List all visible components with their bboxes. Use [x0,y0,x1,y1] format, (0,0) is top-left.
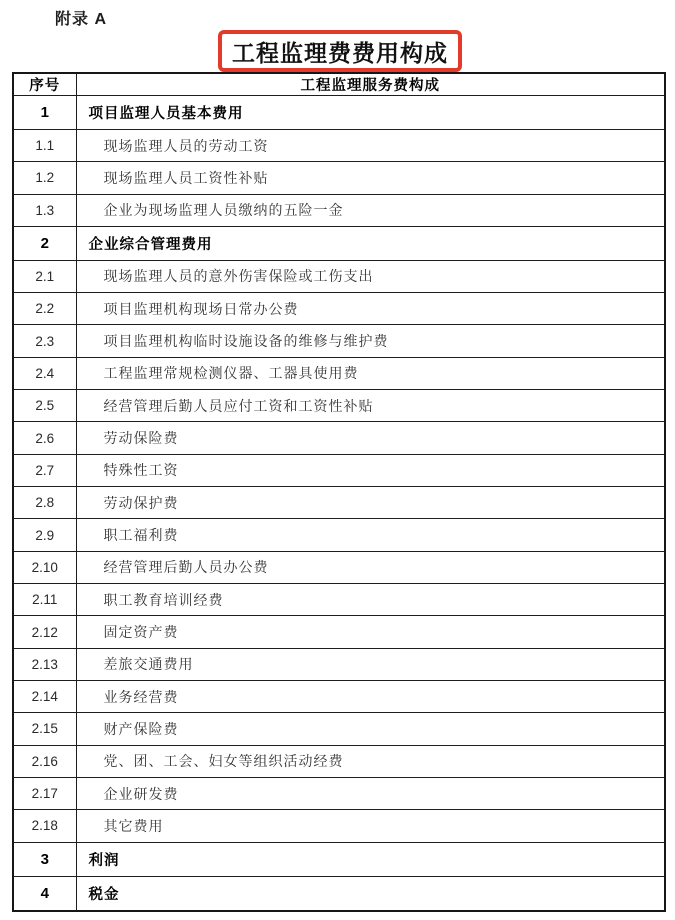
row-label-cell: 党、团、工会、妇女等组织活动经费 [76,745,665,777]
row-label-cell: 企业为现场监理人员缴纳的五险一金 [76,194,665,226]
table-row: 2.18 其它费用 [13,810,665,842]
row-label-cell: 利润 [76,842,665,876]
row-label-cell: 职工教育培训经费 [76,584,665,616]
row-label-cell: 经营管理后勤人员办公费 [76,551,665,583]
row-number-cell: 2.15 [13,713,76,745]
appendix-label: 附录 A [55,6,107,29]
fee-composition-table: 序号 工程监理服务费构成 1 项目监理人员基本费用 1.1 现场监理人员的劳动工… [12,72,666,912]
title-highlight-box: 工程监理费费用构成 [218,30,462,72]
table-row: 2.12 固定资产费 [13,616,665,648]
table-row: 2.11 职工教育培训经费 [13,584,665,616]
row-label-cell: 项目监理机构临时设施设备的维修与维护费 [76,325,665,357]
row-label-cell: 固定资产费 [76,616,665,648]
row-label-cell: 现场监理人员的劳动工资 [76,129,665,161]
row-label-cell: 企业综合管理费用 [76,226,665,260]
table-row: 1 项目监理人员基本费用 [13,96,665,130]
row-number-cell: 2.10 [13,551,76,583]
row-number-cell: 2.7 [13,454,76,486]
header-cell-number: 序号 [13,73,76,96]
fee-table: 序号 工程监理服务费构成 1 项目监理人员基本费用 1.1 现场监理人员的劳动工… [12,72,666,912]
row-label-cell: 项目监理机构现场日常办公费 [76,293,665,325]
row-number-cell: 2.3 [13,325,76,357]
row-number-cell: 2.9 [13,519,76,551]
table-row: 2.6 劳动保险费 [13,422,665,454]
row-number-cell: 2.4 [13,357,76,389]
row-label-cell: 经营管理后勤人员应付工资和工资性补贴 [76,390,665,422]
page-title: 工程监理费费用构成 [232,35,448,68]
row-label-cell: 职工福利费 [76,519,665,551]
table-row: 2.7 特殊性工资 [13,454,665,486]
table-row: 2.2 项目监理机构现场日常办公费 [13,293,665,325]
row-number-cell: 1 [13,96,76,130]
row-label-cell: 业务经营费 [76,681,665,713]
fee-table-body: 1 项目监理人员基本费用 1.1 现场监理人员的劳动工资 1.2 现场监理人员工… [13,96,665,912]
table-row: 2.17 企业研发费 [13,777,665,809]
row-label-cell: 特殊性工资 [76,454,665,486]
table-row: 3 利润 [13,842,665,876]
table-row: 2.5 经营管理后勤人员应付工资和工资性补贴 [13,390,665,422]
row-number-cell: 1.1 [13,129,76,161]
row-label-cell: 劳动保护费 [76,487,665,519]
row-label-cell: 其它费用 [76,810,665,842]
row-number-cell: 2.6 [13,422,76,454]
table-row: 2.9 职工福利费 [13,519,665,551]
row-number-cell: 2.8 [13,487,76,519]
row-number-cell: 2.5 [13,390,76,422]
row-number-cell: 4 [13,876,76,911]
table-row: 2.15 财产保险费 [13,713,665,745]
table-row: 4 税金 [13,876,665,911]
row-number-cell: 2.1 [13,260,76,292]
row-number-cell: 2.2 [13,293,76,325]
row-number-cell: 2.18 [13,810,76,842]
table-row: 2.3 项目监理机构临时设施设备的维修与维护费 [13,325,665,357]
table-row: 2.16 党、团、工会、妇女等组织活动经费 [13,745,665,777]
row-label-cell: 财产保险费 [76,713,665,745]
row-number-cell: 2.11 [13,584,76,616]
row-number-cell: 3 [13,842,76,876]
row-label-cell: 劳动保险费 [76,422,665,454]
row-label-cell: 项目监理人员基本费用 [76,96,665,130]
table-row: 1.3 企业为现场监理人员缴纳的五险一金 [13,194,665,226]
row-label-cell: 现场监理人员的意外伤害保险或工伤支出 [76,260,665,292]
table-row: 2.8 劳动保护费 [13,487,665,519]
fee-table-header: 序号 工程监理服务费构成 [13,73,665,96]
row-label-cell: 工程监理常规检测仪器、工器具使用费 [76,357,665,389]
row-number-cell: 2.12 [13,616,76,648]
table-row: 2.10 经营管理后勤人员办公费 [13,551,665,583]
row-label-cell: 差旅交通费用 [76,648,665,680]
row-number-cell: 2.17 [13,777,76,809]
table-row: 2.4 工程监理常规检测仪器、工器具使用费 [13,357,665,389]
row-number-cell: 2.14 [13,681,76,713]
row-number-cell: 1.3 [13,194,76,226]
header-row: 序号 工程监理服务费构成 [13,73,665,96]
header-cell-composition: 工程监理服务费构成 [76,73,665,96]
row-number-cell: 2.13 [13,648,76,680]
row-number-cell: 1.2 [13,162,76,194]
table-row: 2.13 差旅交通费用 [13,648,665,680]
table-row: 2.14 业务经营费 [13,681,665,713]
table-row: 2 企业综合管理费用 [13,226,665,260]
table-row: 2.1 现场监理人员的意外伤害保险或工伤支出 [13,260,665,292]
table-row: 1.2 现场监理人员工资性补贴 [13,162,665,194]
table-row: 1.1 现场监理人员的劳动工资 [13,129,665,161]
row-label-cell: 税金 [76,876,665,911]
row-number-cell: 2.16 [13,745,76,777]
row-label-cell: 企业研发费 [76,777,665,809]
row-label-cell: 现场监理人员工资性补贴 [76,162,665,194]
row-number-cell: 2 [13,226,76,260]
